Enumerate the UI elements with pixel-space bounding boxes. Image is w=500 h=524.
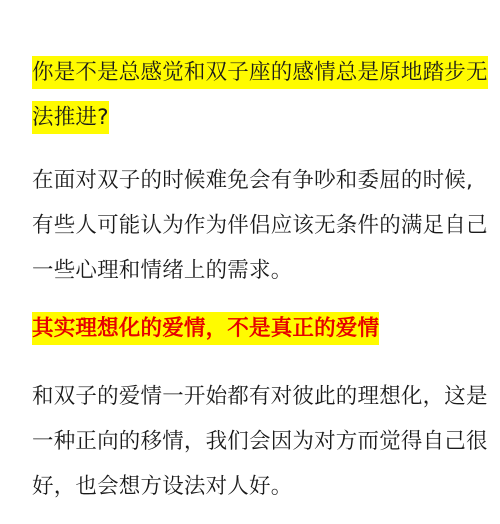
highlighted-heading-text: 其实理想化的爱情，不是真正的爱情 xyxy=(32,312,379,345)
body-line: 在面对双子的时候难免会有争吵和委屈的时候, xyxy=(32,158,472,203)
section-heading-line: 其实理想化的爱情，不是真正的爱情 xyxy=(32,306,472,351)
intro-question-line-2: 法推进? xyxy=(32,95,472,140)
intro-question-line-1: 你是不是总感觉和双子座的感情总是原地踏步无 xyxy=(32,50,472,95)
highlighted-text: 你是不是总感觉和双子座的感情总是原地踏步无 xyxy=(32,56,488,89)
body-paragraph-1: 在面对双子的时候难免会有争吵和委屈的时候, 有些人可能认为作为伴侣应该无条件的满… xyxy=(32,158,472,293)
highlighted-text: 法推进? xyxy=(32,101,109,134)
body-line: 好，也会想方设法对人好。 xyxy=(32,464,472,509)
body-line: 有些人可能认为作为伴侣应该无条件的满足自己 xyxy=(32,203,472,248)
section-heading: 其实理想化的爱情，不是真正的爱情 xyxy=(32,306,472,351)
body-line: 和双子的爱情一开始都有对彼此的理想化，这是 xyxy=(32,374,472,419)
body-paragraph-2: 和双子的爱情一开始都有对彼此的理想化，这是 一种正向的移情，我们会因为对方而觉得… xyxy=(32,374,472,509)
intro-question: 你是不是总感觉和双子座的感情总是原地踏步无 法推进? xyxy=(32,50,472,140)
body-line: 一种正向的移情，我们会因为对方而觉得自己很 xyxy=(32,419,472,464)
body-line: 一些心理和情绪上的需求。 xyxy=(32,248,472,293)
